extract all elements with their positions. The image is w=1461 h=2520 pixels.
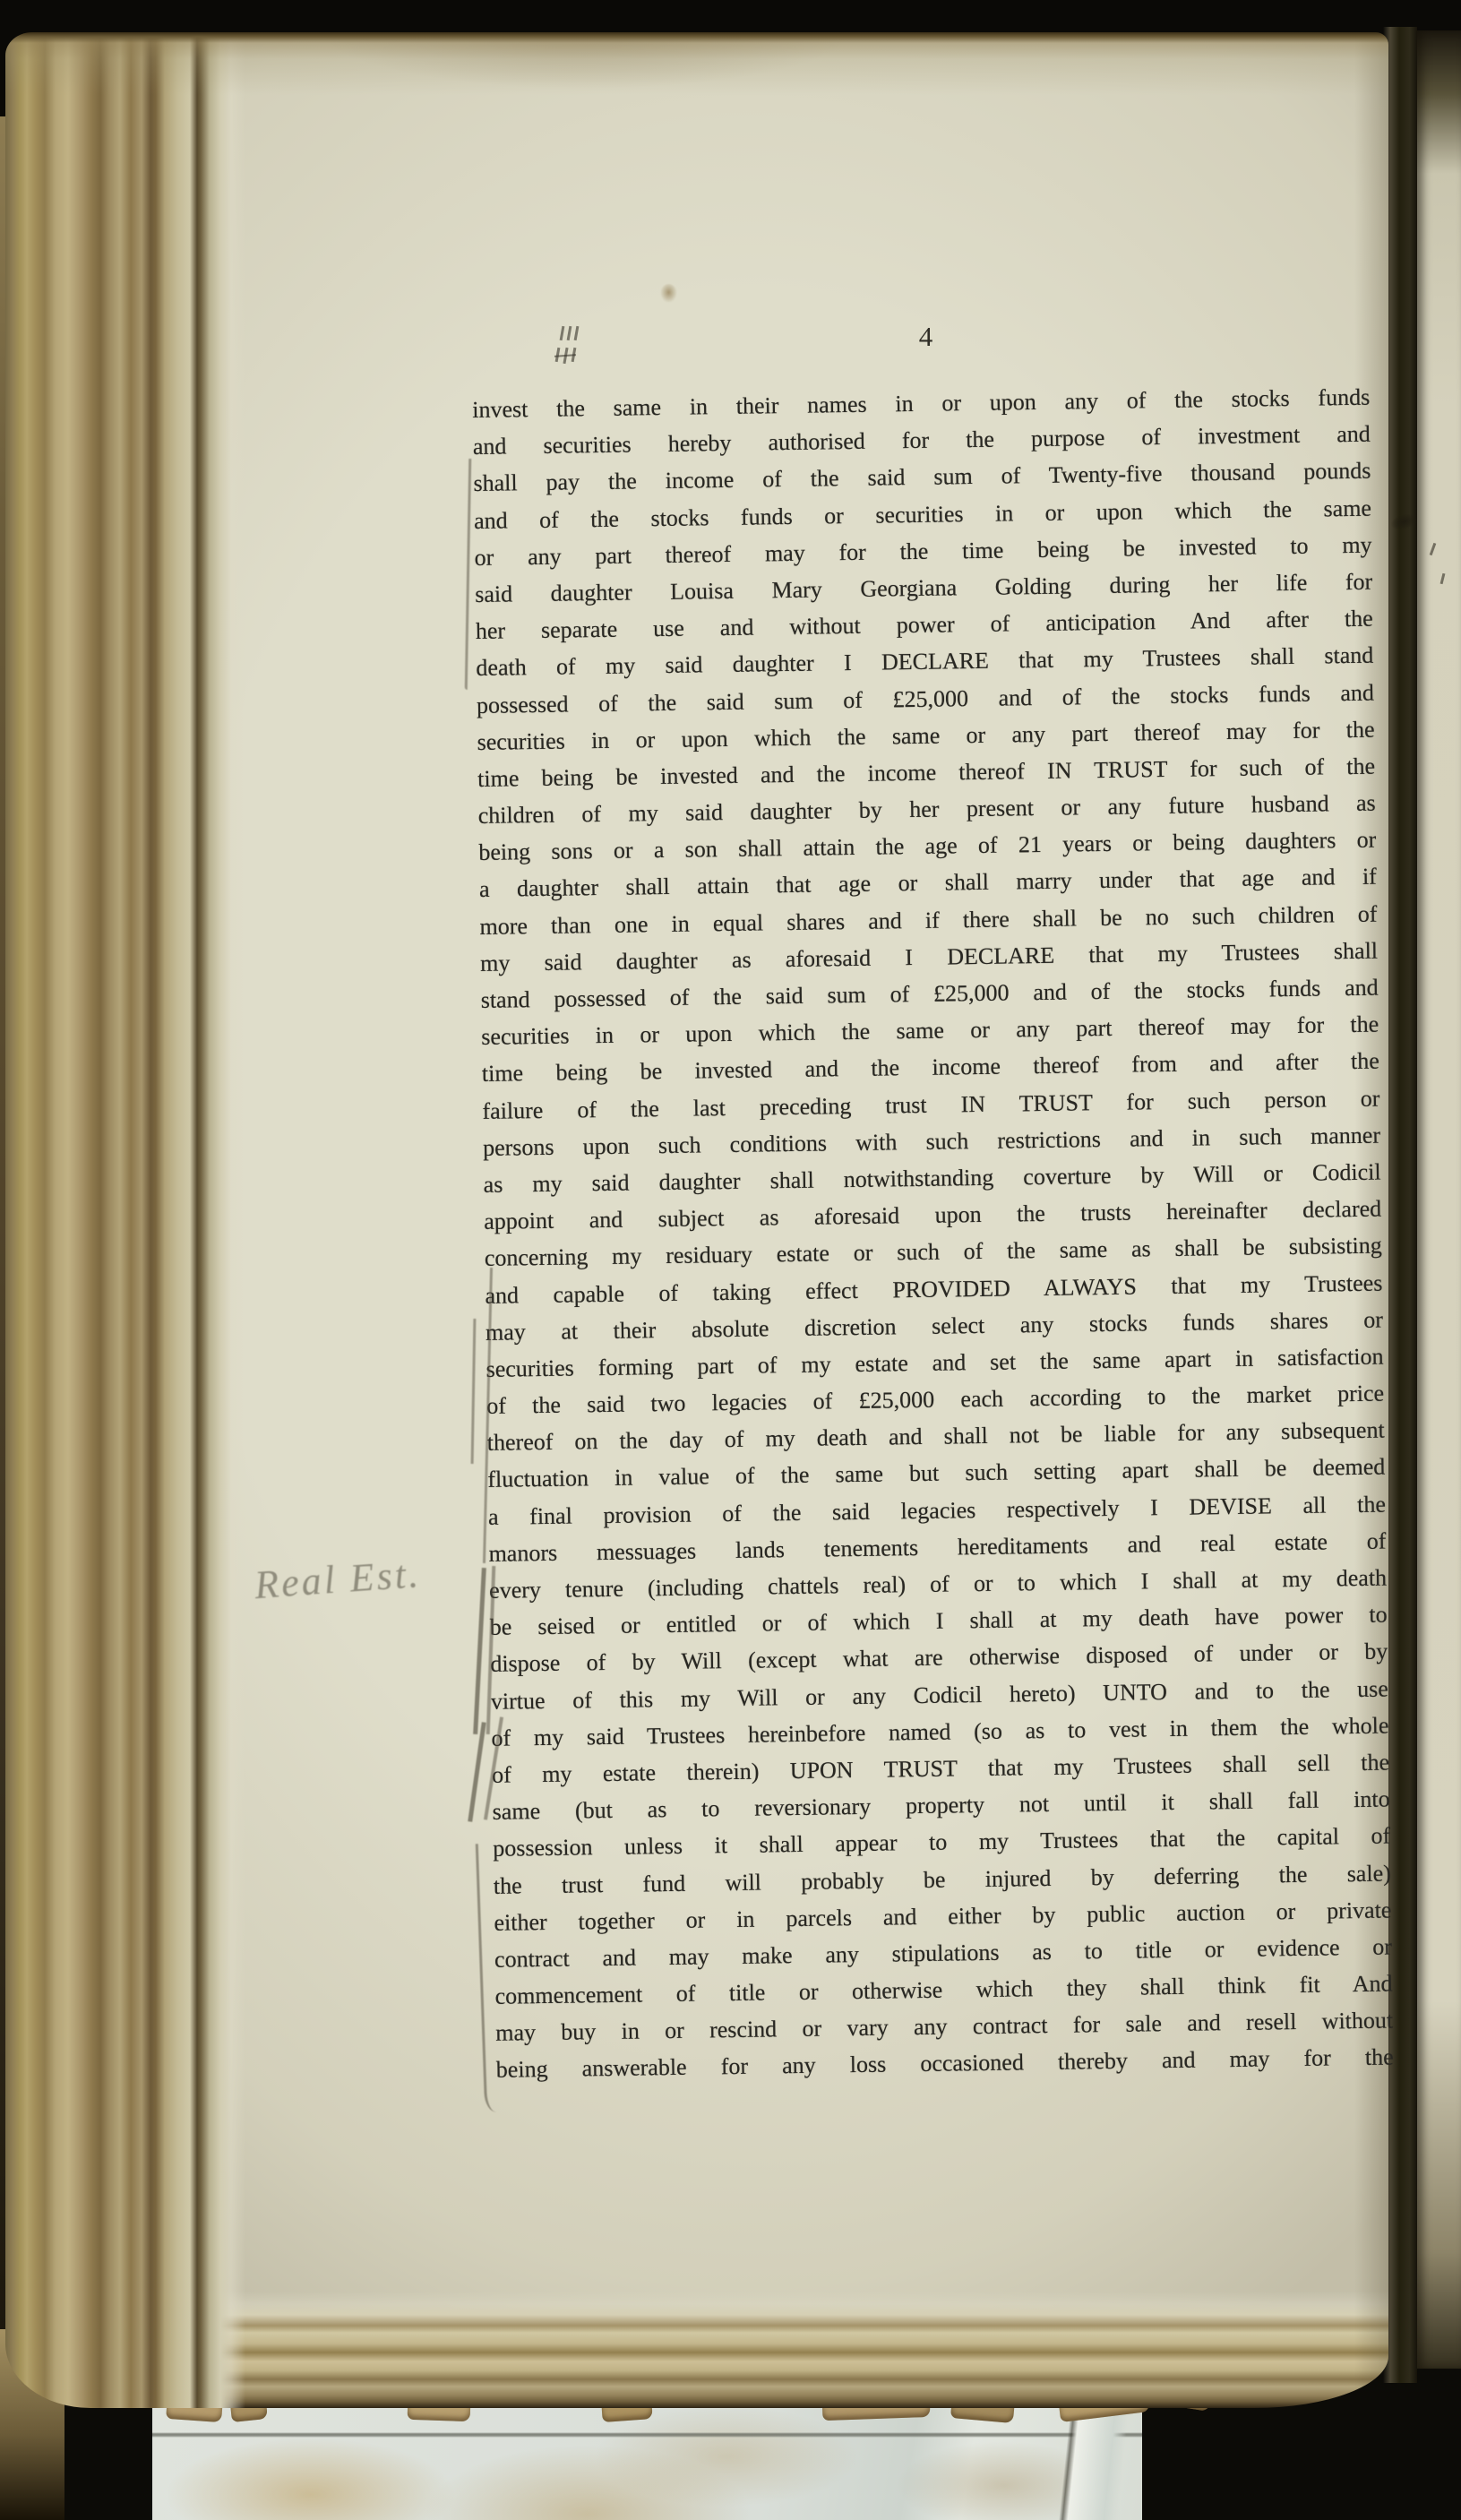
page-number: 4	[908, 321, 944, 353]
will-body-text: invest the same in their names in or upo…	[472, 379, 1394, 2089]
ink-smudge	[660, 284, 677, 303]
next-page-edge	[1417, 30, 1461, 2369]
cloth-under-book	[152, 2404, 1142, 2520]
scanned-will-page-photo: 4 invest the same in their names in or u…	[0, 0, 1461, 2520]
